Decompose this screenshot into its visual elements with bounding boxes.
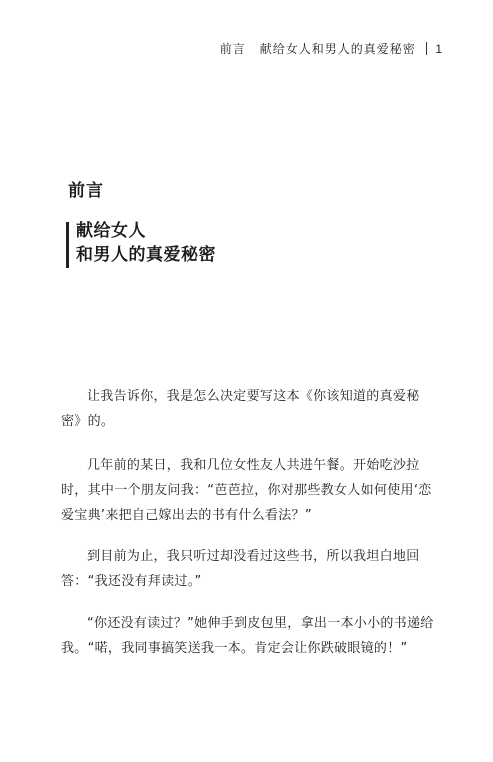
chapter-title: 献给女人 和男人的真爱秘密: [66, 219, 216, 268]
running-head-title: 献给女人和男人的真爱秘密: [260, 40, 416, 57]
paragraph-1: 让我告诉你，我是怎么决定要写这本《你该知道的真爱秘密》的。: [61, 384, 439, 434]
chapter-title-line-1: 献给女人: [76, 219, 216, 243]
title-accent-bar: [66, 222, 69, 268]
paragraph-2: 几年前的某日，我和几位女性友人共进午餐。开始吃沙拉时，其中一个朋友问我：“芭芭拉…: [61, 453, 439, 528]
page-number: 1: [435, 42, 443, 56]
paragraph-4: “你还没有读过？”她伸手到皮包里，拿出一本小小的书递给我。“喏，我同事搞笑送我一…: [61, 611, 439, 661]
paragraph-3: 到目前为止，我只听过却没看过这些书，所以我坦白地回答：“我还没有拜读过。”: [61, 544, 439, 594]
running-head: 前言 献给女人和男人的真爱秘密 1: [220, 40, 443, 57]
chapter-label: 前言: [68, 176, 104, 201]
running-head-divider: [426, 42, 428, 55]
chapter-title-line-2: 和男人的真爱秘密: [76, 243, 216, 267]
running-head-section: 前言: [220, 40, 246, 57]
